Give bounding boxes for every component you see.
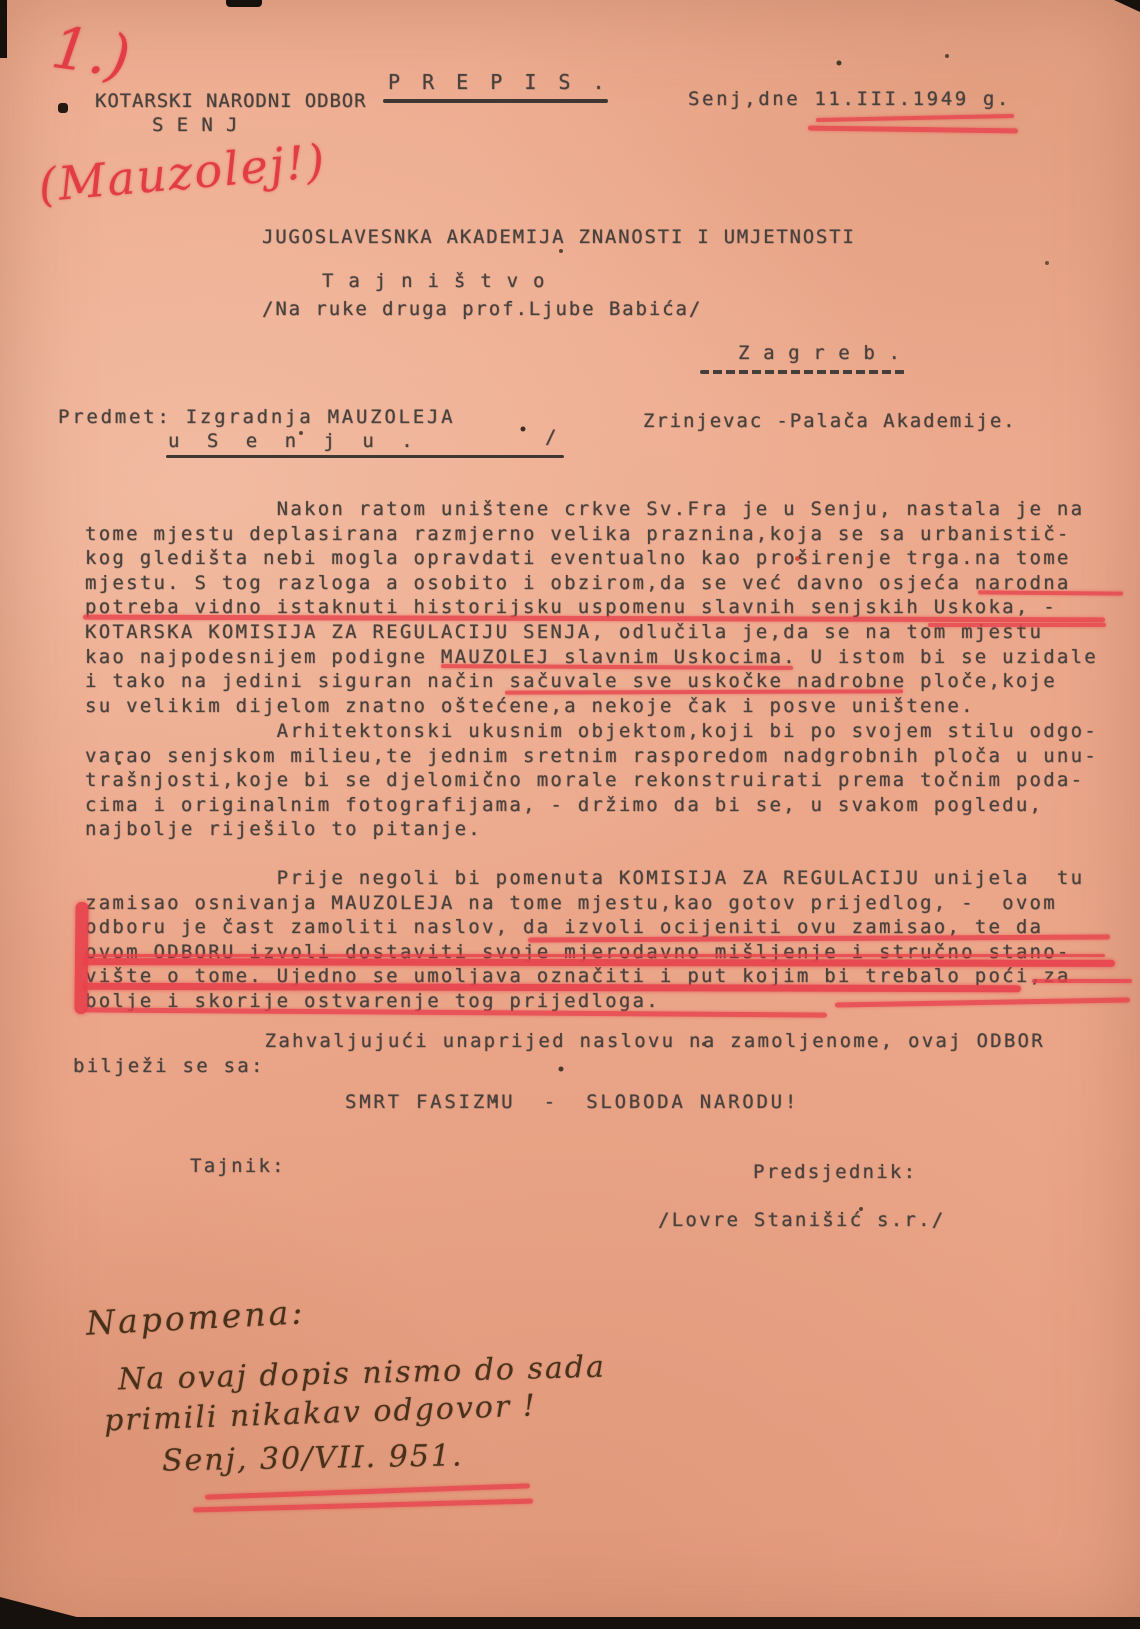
body-line: bilježi se sa:	[73, 1054, 1045, 1079]
president-name: /Lovre Stanišić s.r./	[658, 1209, 945, 1231]
red-underline-note-date-1	[205, 1483, 530, 1499]
copy-label-underline	[383, 99, 608, 103]
body-line: Zahvaljujući unaprijed naslovu na zamolj…	[73, 1029, 1045, 1054]
scan-edge-bottom-left	[0, 1597, 92, 1621]
recipient-office: T a j n i š t v o	[322, 270, 546, 292]
body-line: zamisao osnivanja MAUZOLEJA na tome mjes…	[85, 891, 1084, 916]
body-line: kog gledišta nebi mogla opravdati eventu…	[85, 546, 1098, 571]
subject-slash: /	[545, 426, 559, 448]
red-underline-date-1	[816, 114, 1014, 122]
handwritten-note-date: Senj, 30/VII. 951.	[162, 1438, 464, 1478]
president-label: Predsjednik:	[753, 1161, 917, 1183]
body-line: tome mjestu deplasirana razmjerno velika…	[85, 522, 1098, 547]
red-number-annotation: 1.)	[48, 13, 135, 91]
body-line: Nakon ratom uništene crkve Sv.Fra je u S…	[85, 497, 1098, 522]
body-line: najbolje riješilo to pitanje.	[85, 817, 1098, 842]
body-line: Arhitektonski ukusnim objektom,koji bi p…	[85, 719, 1098, 744]
body-line: varao senjskom milieu,te jednim sretnim …	[85, 744, 1098, 769]
paragraph-4: Zahvaljujući unaprijed naslovu na zamolj…	[73, 1029, 1045, 1078]
handwritten-note-label: Napomena:	[85, 1292, 306, 1342]
red-underline-uskoka-double	[928, 623, 1106, 627]
scan-edge-top-notch	[226, 0, 262, 7]
scan-edge-left	[0, 0, 7, 58]
body-line: cima i originalnim fotografijama, - drži…	[85, 793, 1098, 818]
recipient-attention: /Na ruke druga prof.Ljube Babića/	[262, 298, 702, 320]
red-underline-date-2	[808, 126, 1018, 133]
org-name: KOTARSKI NARODNI ODBOR	[95, 90, 366, 112]
subject-line1: Predmet: Izgradnja MAUZOLEJA	[58, 406, 455, 428]
paragraph-1: Nakon ratom uništene crkve Sv.Fra je u S…	[85, 497, 1098, 718]
scan-edge-top-right	[1114, 0, 1140, 12]
red-underline-odboru-a	[85, 954, 1105, 957]
place-date: Senj,dne 11.III.1949 g.	[688, 88, 1011, 110]
slogan: SMRT FASIZMU - SLOBODA NARODU!	[345, 1091, 799, 1113]
scan-edge-bottom	[0, 1617, 1140, 1629]
recipient-academy: JUGOSLAVESNKA AKADEMIJA ZNANOSTI I UMJET…	[262, 226, 856, 248]
red-note-annotation: (Mauzolej!)	[36, 134, 328, 213]
red-underline-note-date-2	[193, 1499, 533, 1513]
recipient-city: Z a g r e b .	[738, 342, 901, 364]
red-stroke-right-1	[1032, 979, 1132, 983]
recipient-address: Zrinjevac -Palača Akademije.	[643, 410, 1017, 432]
body-line: trašnjosti,koje bi se djelomično morale …	[85, 768, 1098, 793]
scanned-letter-page: P R E P I S . KOTARSKI NARODNI ODBOR S E…	[0, 0, 1140, 1629]
org-place: S E N J	[152, 114, 238, 136]
secretary-label: Tajnik:	[190, 1155, 286, 1177]
body-line: su velikim dijelom znatno oštećene,a nek…	[85, 694, 1098, 719]
city-dash-underline	[700, 370, 905, 374]
body-line: Prije negoli bi pomenuta KOMISIJA ZA REG…	[85, 866, 1084, 891]
paragraph-2: Arhitektonski ukusnim objektom,koji bi p…	[85, 719, 1098, 842]
body-line: mjestu. S tog razloga a osobito i obziro…	[85, 571, 1098, 596]
subject-line2: u S e n j u .	[168, 430, 421, 452]
copy-label: P R E P I S .	[388, 70, 610, 94]
subject-underline	[166, 455, 564, 458]
